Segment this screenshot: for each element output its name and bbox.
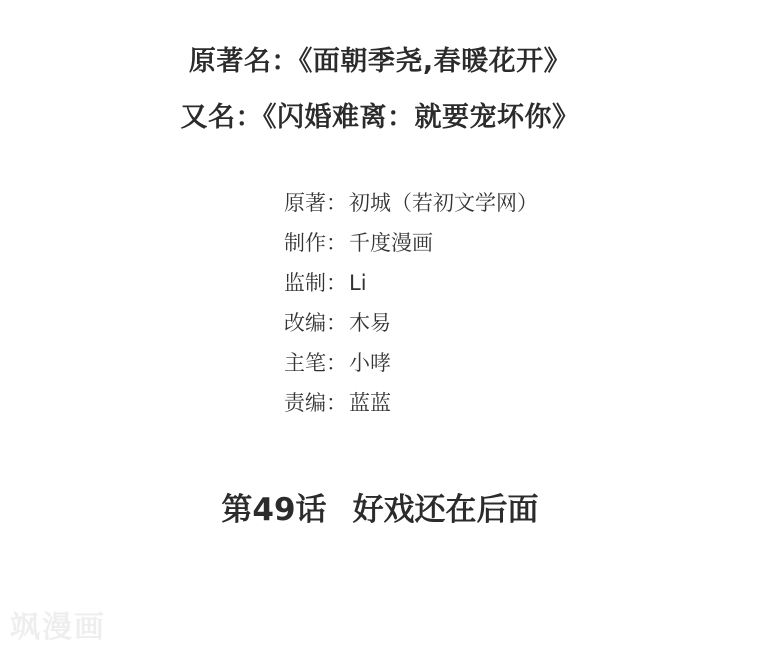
- credit-separator: ：: [326, 351, 347, 375]
- chapter-heading: 第49话好戏还在后面: [0, 490, 760, 530]
- watermark-logo: 飒漫画: [10, 608, 106, 648]
- credit-row-production: 制作：千度漫画: [284, 228, 538, 268]
- credit-value: 小哮: [349, 351, 391, 375]
- credit-value: 千度漫画: [349, 231, 433, 255]
- credit-role: 原著: [284, 191, 326, 215]
- credit-role: 责编: [284, 391, 326, 415]
- credit-separator: ：: [326, 391, 347, 415]
- credit-row-editor: 责编：蓝蓝: [284, 388, 538, 428]
- credit-row-lead-artist: 主笔：小哮: [284, 348, 538, 388]
- credit-value: 初城（若初文学网）: [349, 191, 538, 215]
- credit-row-author: 原著：初城（若初文学网）: [284, 188, 538, 228]
- credit-row-supervisor: 监制：Li: [284, 268, 538, 308]
- credit-separator: ：: [326, 311, 347, 335]
- credits-list: 原著：初城（若初文学网） 制作：千度漫画 监制：Li 改编：木易 主笔：小哮 责…: [284, 188, 538, 428]
- credit-value: Li: [349, 271, 367, 295]
- credit-row-adaptation: 改编：木易: [284, 308, 538, 348]
- original-title: 原著名：《面朝季尧,春暖花开》: [0, 45, 760, 79]
- alternate-title: 又名：《闪婚难离：就要宠坏你》: [0, 101, 760, 135]
- credit-role: 制作: [284, 231, 326, 255]
- credit-value: 蓝蓝: [349, 391, 391, 415]
- chapter-title: 好戏还在后面: [353, 492, 539, 528]
- credit-separator: ：: [326, 231, 347, 255]
- credit-separator: ：: [326, 191, 347, 215]
- chapter-number: 第49话: [221, 492, 326, 528]
- credit-role: 主笔: [284, 351, 326, 375]
- credit-separator: ：: [326, 271, 347, 295]
- credit-value: 木易: [349, 311, 391, 335]
- credit-role: 监制: [284, 271, 326, 295]
- credit-role: 改编: [284, 311, 326, 335]
